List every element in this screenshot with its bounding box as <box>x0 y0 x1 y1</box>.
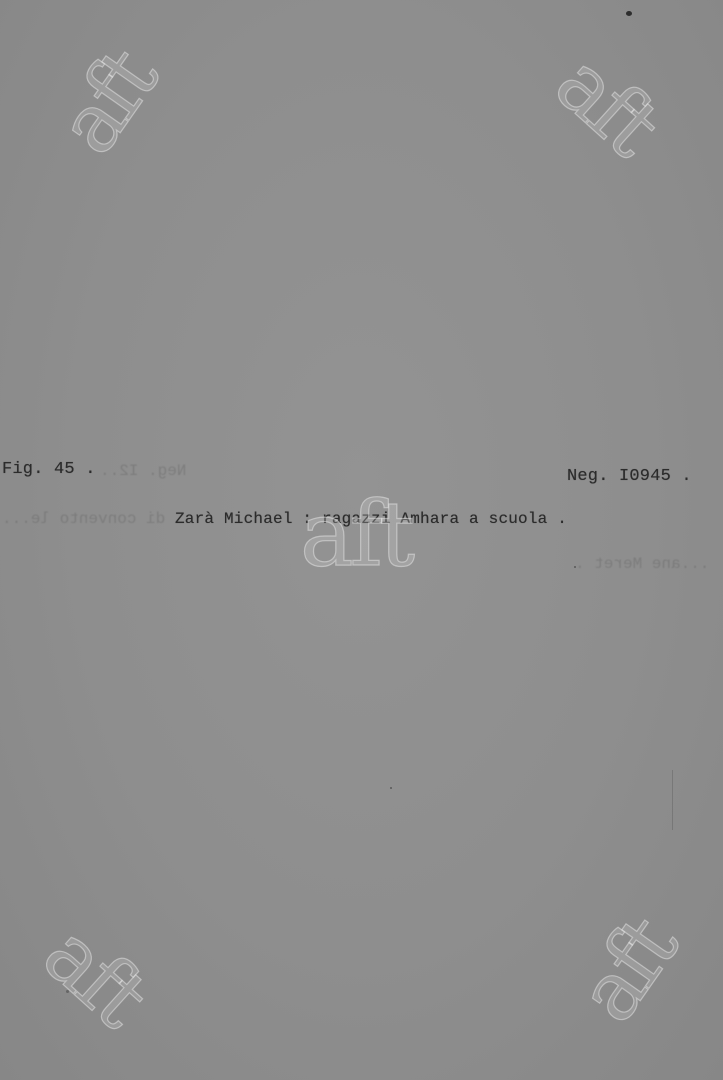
dust-speck <box>574 566 576 568</box>
watermark-logo: aft <box>566 906 691 1035</box>
dust-speck <box>66 990 69 993</box>
bleed-through-text: di convento le... <box>2 510 165 528</box>
dust-speck <box>626 11 632 16</box>
scratch-mark <box>672 770 673 830</box>
dust-speck <box>390 787 392 789</box>
watermark-logo: aft <box>300 490 411 580</box>
bleed-through-text: ...ane Meret . <box>575 555 709 573</box>
figure-label: Fig. 45 . <box>2 460 96 479</box>
watermark-logo: aft <box>29 912 158 1040</box>
negative-number: Neg. I0945 . <box>567 467 692 486</box>
watermark-logo: aft <box>46 38 171 167</box>
watermark-logo: aft <box>541 41 670 169</box>
bleed-through-text: Neg. I2.. <box>100 462 186 480</box>
archive-card: Neg. I2.. di convento le... ...ane Meret… <box>0 0 723 1080</box>
